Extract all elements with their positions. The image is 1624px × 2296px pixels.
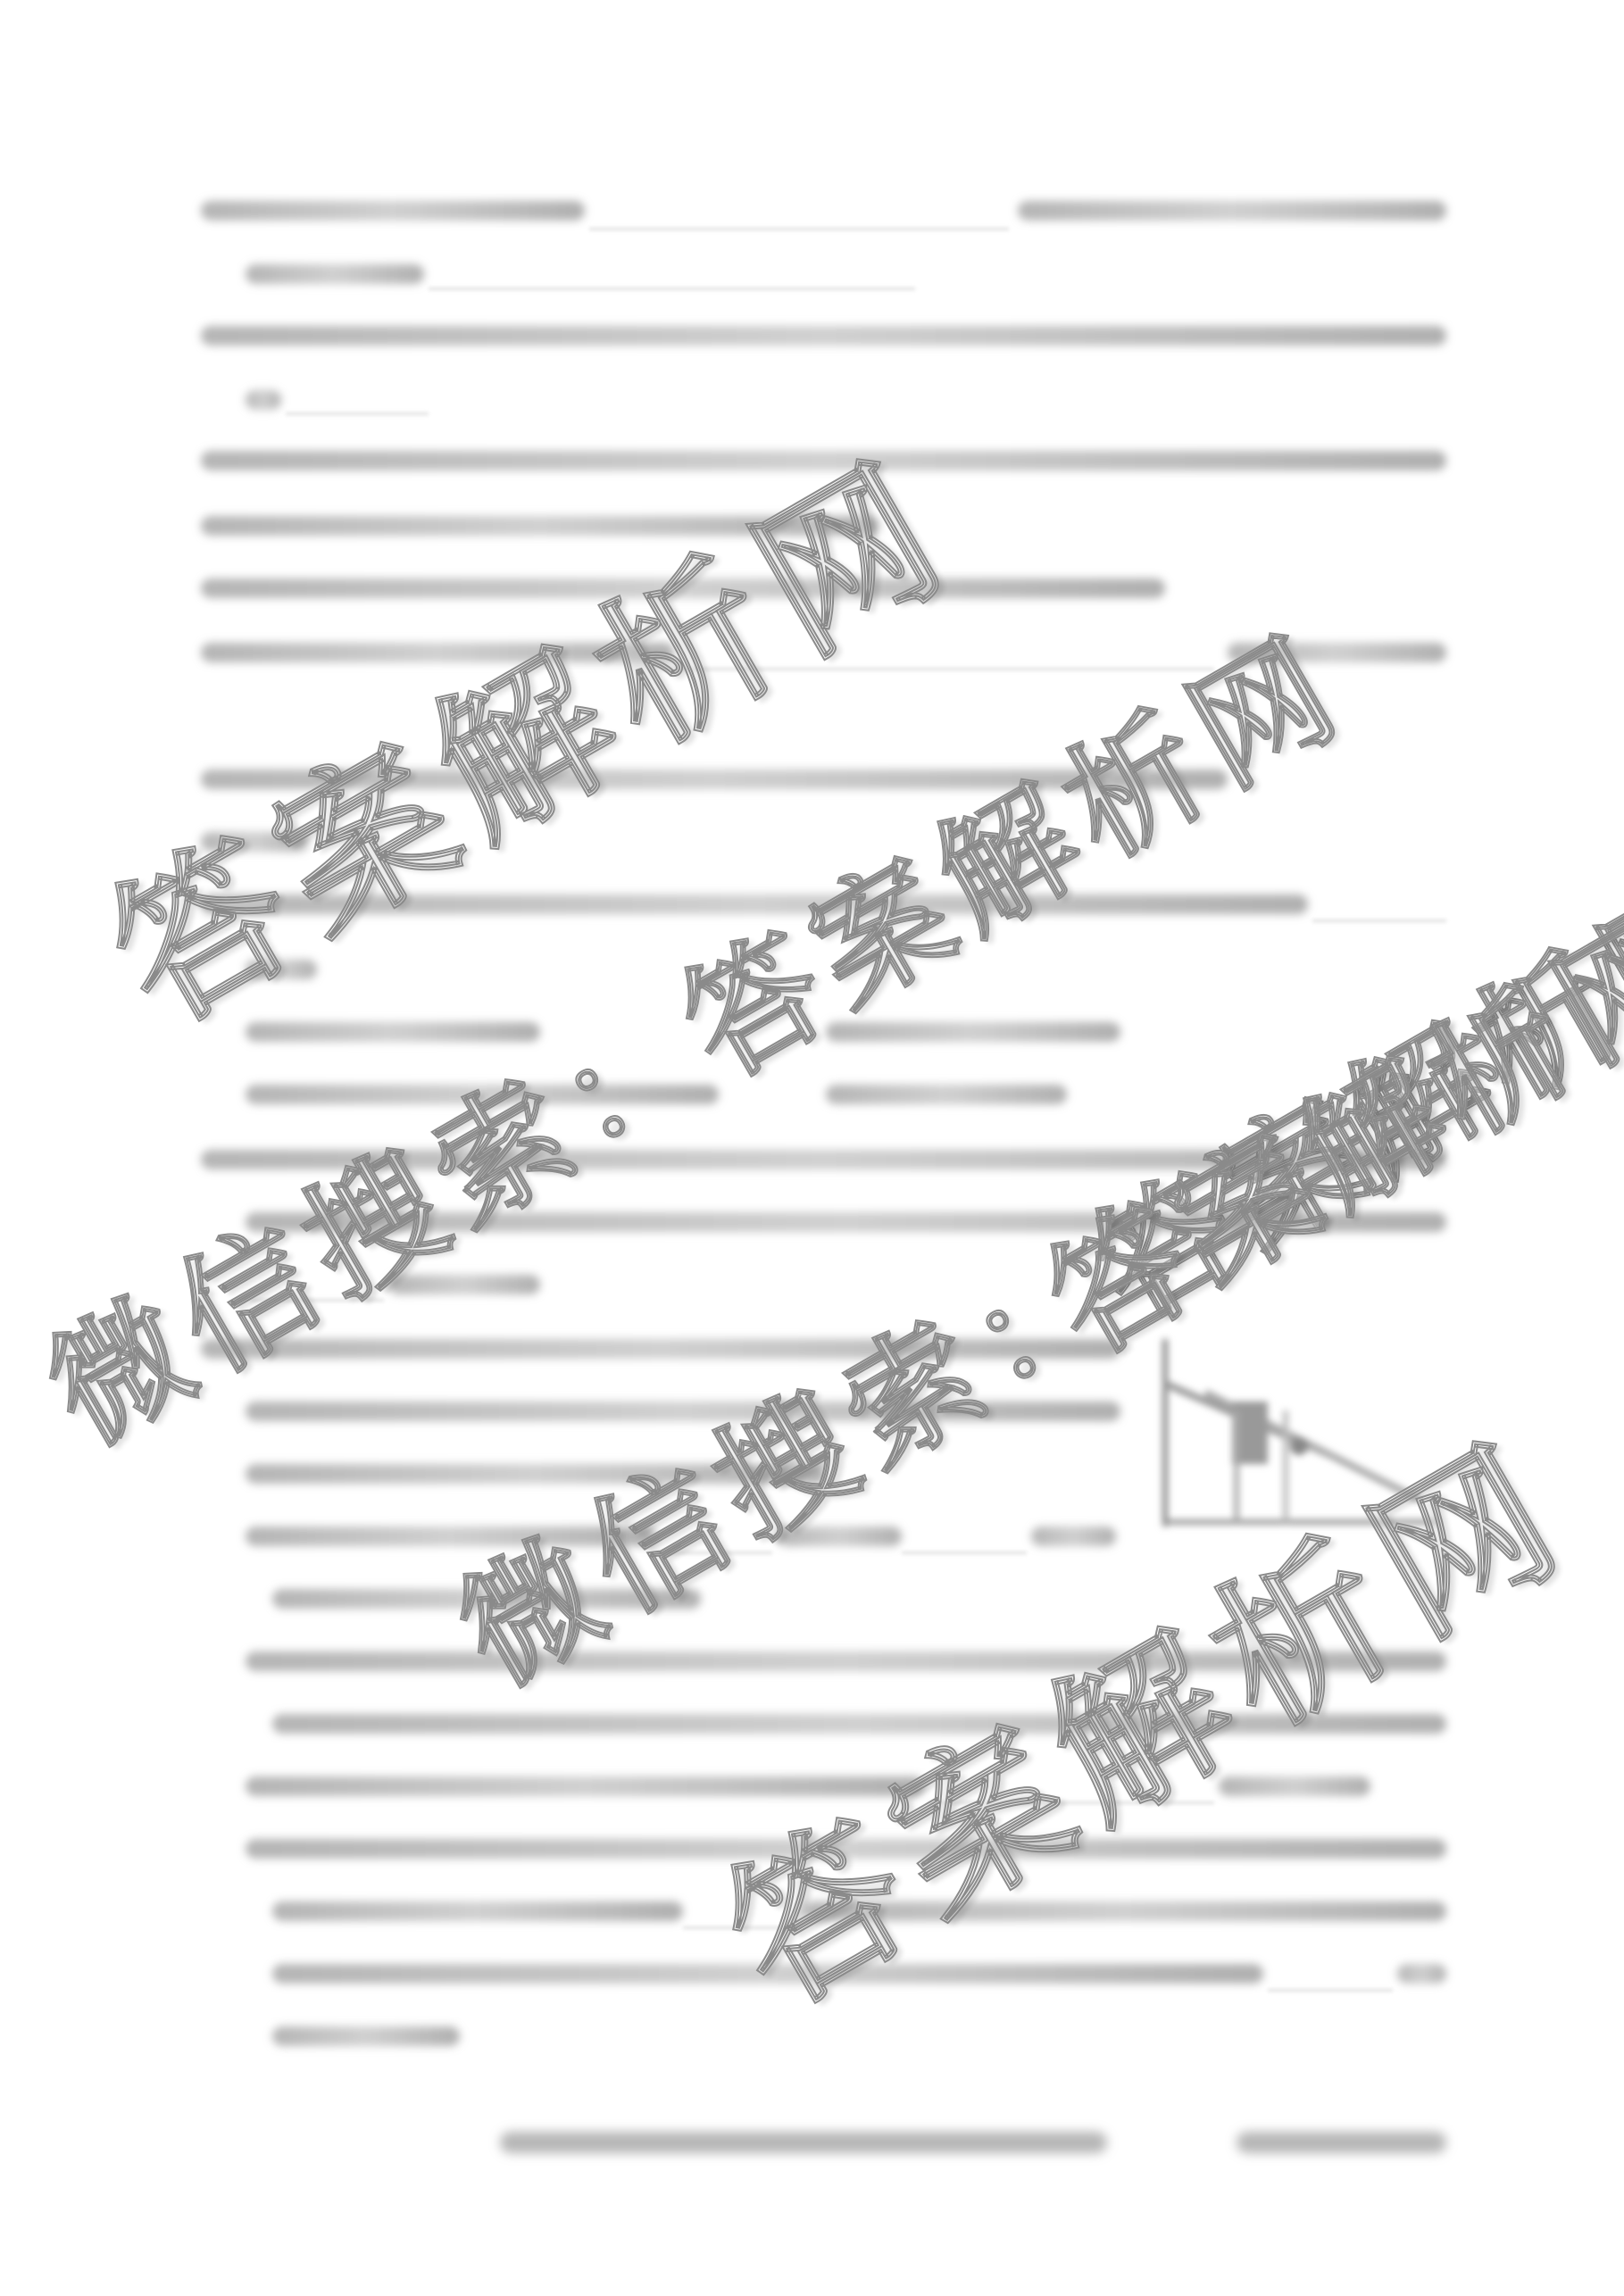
- text-line: [201, 769, 1228, 789]
- page-footer-title: [500, 2132, 1107, 2153]
- answer-blank: [429, 287, 915, 290]
- text-line: [201, 451, 1446, 470]
- text-line: [246, 390, 281, 410]
- text-line: [201, 578, 1165, 598]
- option-d: [826, 1085, 1067, 1104]
- text-line: [246, 264, 424, 284]
- answer-blank: [683, 1926, 799, 1929]
- option-a: [246, 1022, 540, 1042]
- text-line: [201, 832, 308, 852]
- text-line: [272, 2026, 460, 2046]
- exam-page: 答案解析网 微信搜索：答案解析网 微信搜索：答案解析网 答案解析网 答案解析网: [0, 0, 1624, 2296]
- text-line: [201, 1150, 1446, 1169]
- text-line: [272, 1964, 1263, 1984]
- answer-blank: [661, 668, 1214, 670]
- text-line: [201, 894, 1308, 914]
- text-line: [246, 1776, 924, 1796]
- text-line: [201, 326, 1446, 345]
- text-line: [246, 960, 317, 979]
- text-line: [246, 1527, 656, 1546]
- experiment-diagram: [1152, 1330, 1446, 1535]
- text-line: [201, 201, 585, 220]
- text-line: [272, 1589, 701, 1609]
- text-line: [246, 1402, 1120, 1421]
- text-line: [1219, 1776, 1370, 1796]
- page-footer-code: [1237, 2132, 1446, 2153]
- text-line: [201, 1339, 1120, 1359]
- text-line: [1018, 201, 1446, 220]
- text-line: [777, 1527, 902, 1546]
- answer-blank: [929, 1801, 1214, 1804]
- answer-blank: [1312, 919, 1446, 922]
- watermark: 答案解析网: [1009, 857, 1624, 1390]
- answer-blank: [1268, 1989, 1393, 1992]
- answer-blank: [656, 1551, 772, 1554]
- answer-blank: [286, 412, 429, 415]
- text-line: [1228, 643, 1446, 662]
- text-line: [272, 1901, 683, 1921]
- answer-blank: [250, 1299, 384, 1302]
- text-line: [201, 516, 879, 536]
- watermark: 答案解析网: [62, 393, 988, 1068]
- option-b: [826, 1022, 1120, 1042]
- text-line: [1397, 1964, 1446, 1984]
- text-line: [1031, 1527, 1116, 1546]
- option-c: [246, 1085, 719, 1104]
- text-line: [201, 643, 674, 662]
- text-line: [246, 1464, 826, 1484]
- text-line: [272, 1714, 1446, 1734]
- answer-blank: [902, 1551, 1027, 1554]
- text-line: [804, 1901, 1446, 1921]
- answer-blank: [589, 228, 1009, 230]
- text-line: [246, 1212, 1446, 1232]
- text-line: [388, 1275, 540, 1294]
- text-line: [246, 1839, 1446, 1859]
- text-line: [246, 1651, 1446, 1671]
- watermark: 微信搜索：答案解析网: [420, 821, 1624, 1720]
